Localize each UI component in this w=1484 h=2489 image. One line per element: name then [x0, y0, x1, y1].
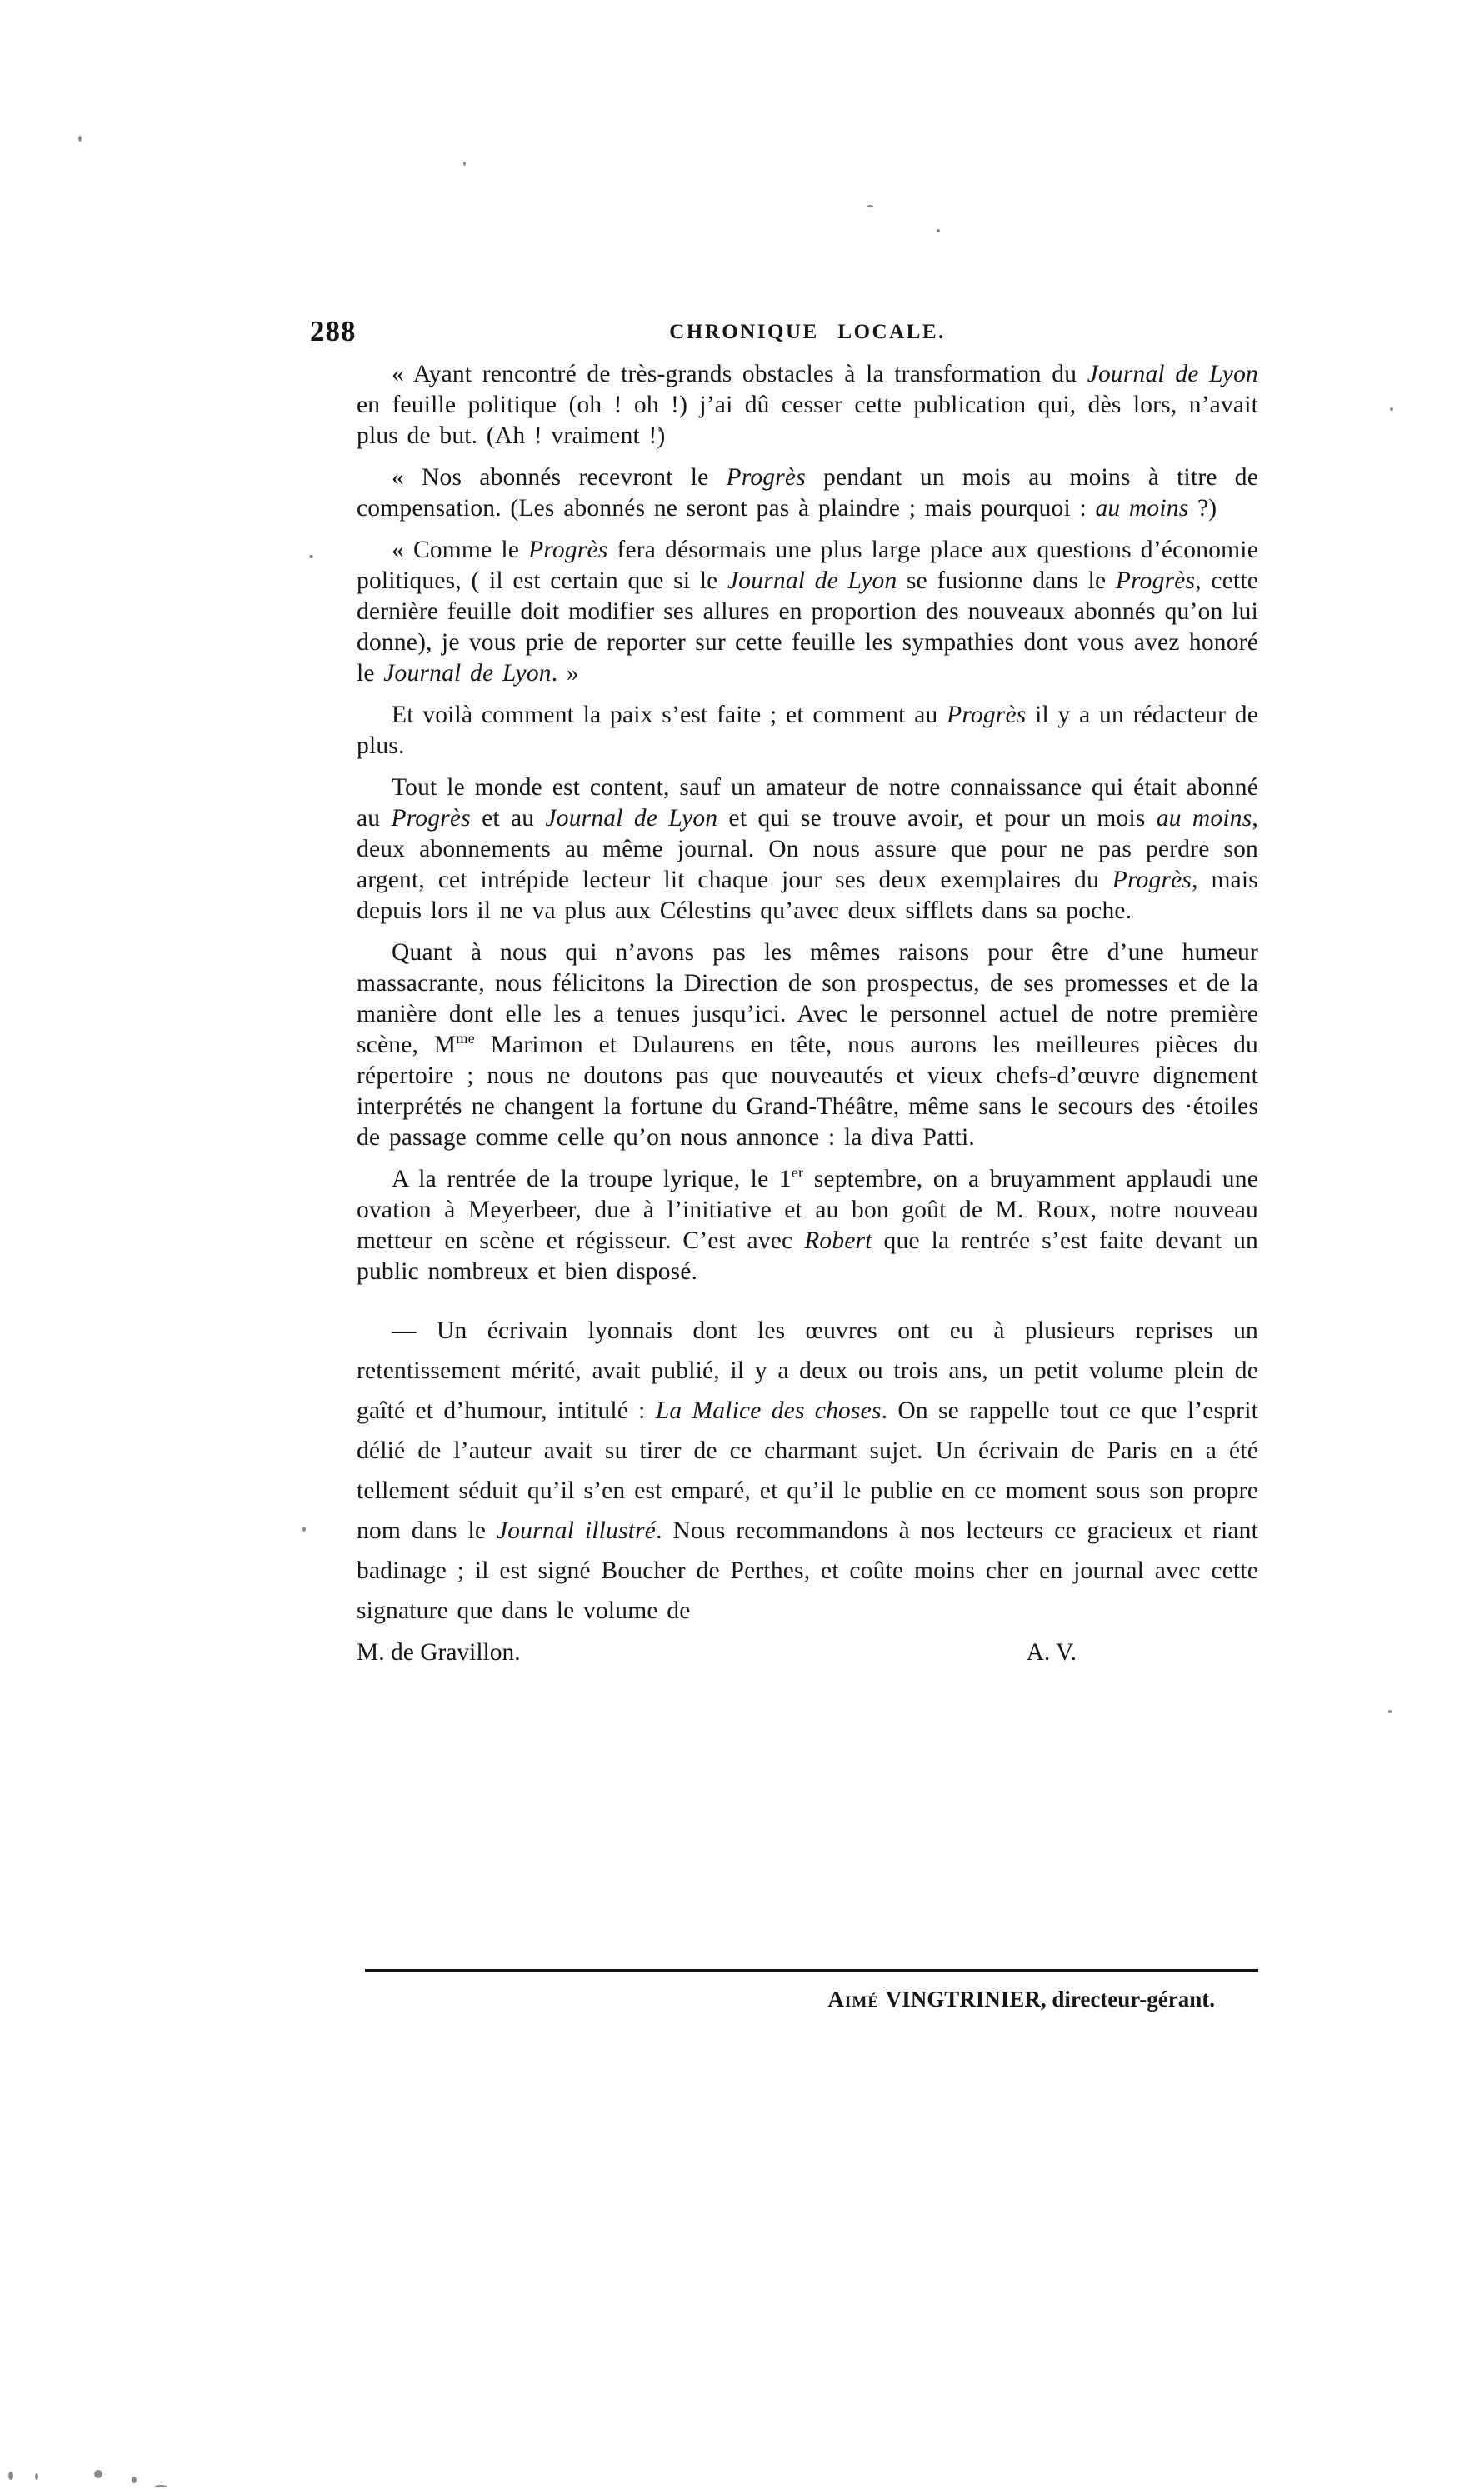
paragraph: « Ayant rencontré de très-grands obstacl…: [357, 359, 1258, 452]
page-number: 288: [310, 315, 357, 348]
scanned-page: 288 CHRONIQUE LOCALE. « Ayant rencontré …: [0, 0, 1484, 2489]
footer-divider: [365, 1969, 1258, 1972]
imprint-role: directeur-gérant.: [1047, 1987, 1215, 2012]
signature-initials: A. V.: [1027, 1632, 1258, 1672]
closing-line: M. de Gravillon.A. V.: [357, 1632, 1258, 1672]
paragraph: — Un écrivain lyonnais dont les œuvres o…: [357, 1311, 1258, 1631]
imprint-line: Aimé VINGTRINIER, directeur-gérant.: [357, 1987, 1258, 2012]
paragraph: Tout le monde est content, sauf un amate…: [357, 772, 1258, 927]
paragraph: A la rentrée de la troupe lyrique, le 1e…: [357, 1164, 1258, 1287]
closing-author-ref: M. de Gravillon.: [357, 1632, 521, 1672]
paragraph: « Nos abonnés recevront le Progrès penda…: [357, 462, 1258, 524]
paragraph: Quant à nous qui n’avons pas les mêmes r…: [357, 937, 1258, 1153]
article-body: « Ayant rencontré de très-grands obstacl…: [357, 359, 1258, 1672]
paragraph: Et voilà comment la paix s’est faite ; e…: [357, 700, 1258, 762]
running-header: CHRONIQUE LOCALE.: [357, 321, 1258, 344]
imprint-first-name: Aimé: [828, 1987, 886, 2012]
imprint-last-name: VINGTRINIER,: [886, 1987, 1047, 2012]
page-header: 288 CHRONIQUE LOCALE.: [357, 315, 1258, 352]
paragraph: « Comme le Progrès fera désormais une pl…: [357, 535, 1258, 689]
